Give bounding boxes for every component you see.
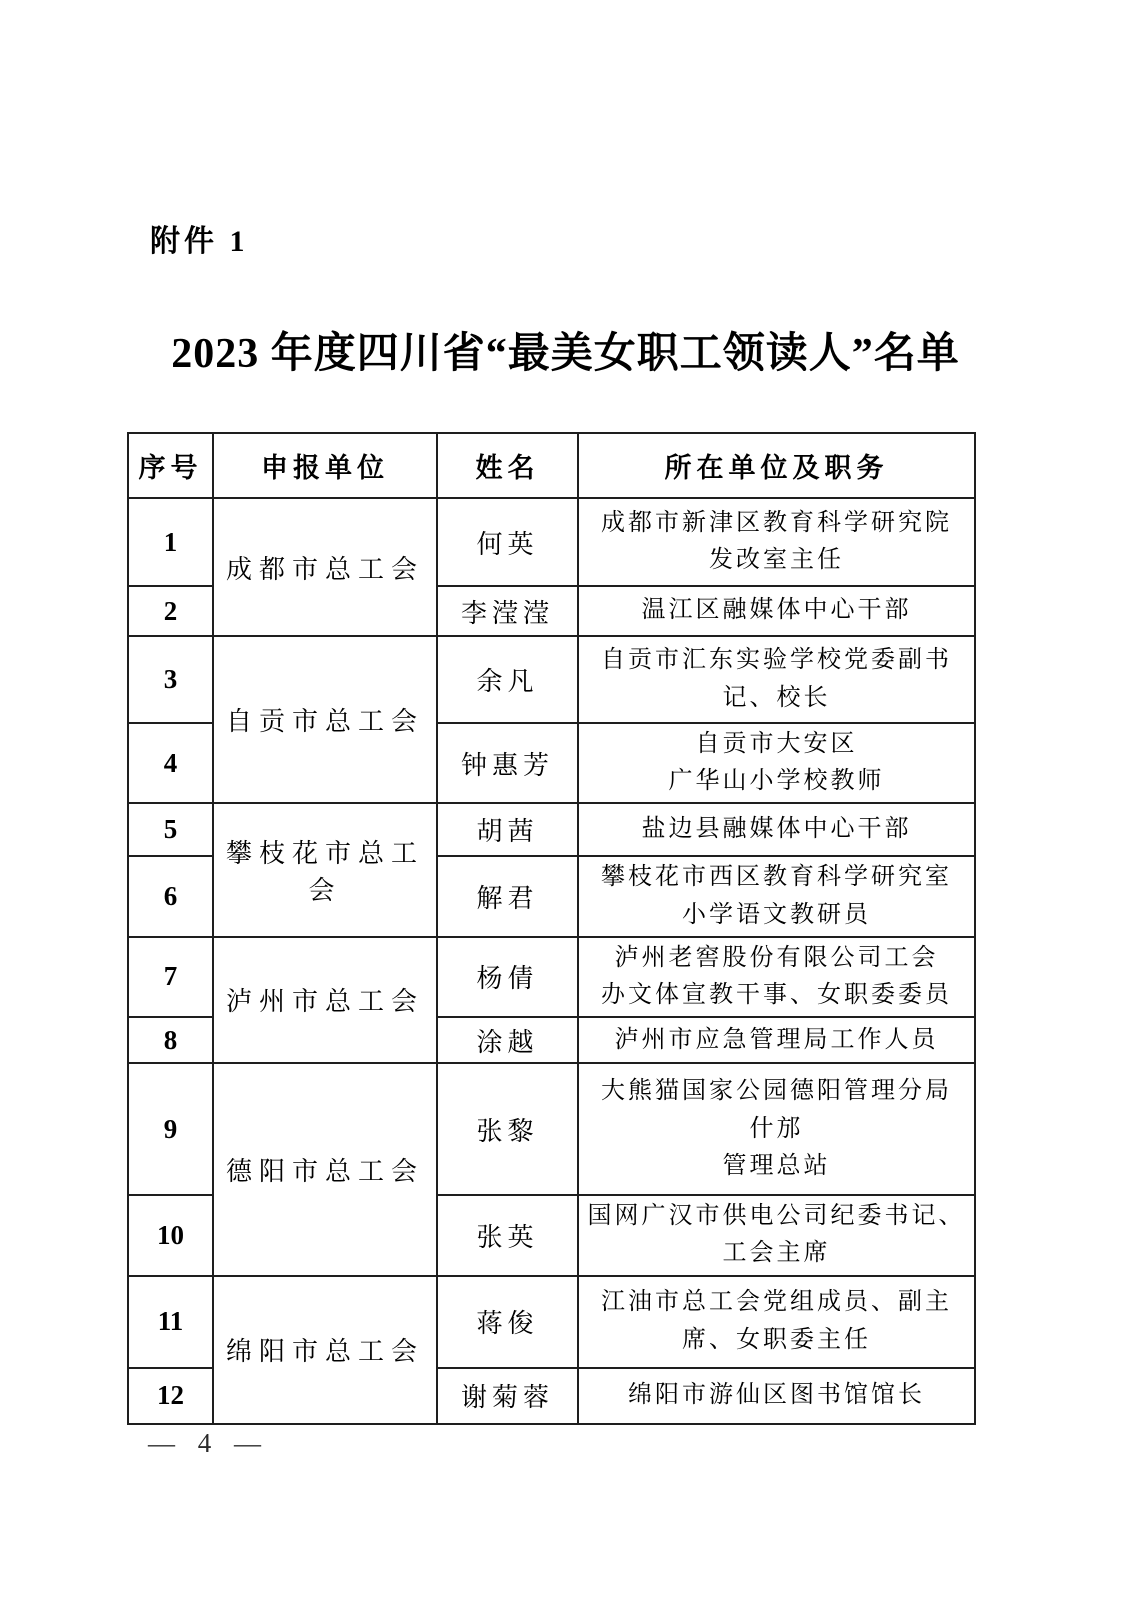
position-cell: 成都市新津区教育科学研究院 发改室主任 [578,498,975,586]
person-name-cell: 杨倩 [437,937,578,1017]
position-cell: 绵阳市游仙区图书馆馆长 [578,1368,975,1424]
table-row: 1 成都市总工会 何英 成都市新津区教育科学研究院 发改室主任 [128,498,975,586]
position-cell: 泸州市应急管理局工作人员 [578,1017,975,1063]
declaring-unit-cell: 攀枝花市总工会 [213,803,437,936]
position-cell: 泸州老窖股份有限公司工会 办文体宣教干事、女职委委员 [578,937,975,1017]
declaring-unit-cell: 泸州市总工会 [213,937,437,1063]
person-name-cell: 张黎 [437,1063,578,1195]
table-row: 7 泸州市总工会 杨倩 泸州老窖股份有限公司工会 办文体宣教干事、女职委委员 [128,937,975,1017]
person-name-cell: 涂越 [437,1017,578,1063]
person-name-cell: 胡茜 [437,803,578,856]
position-cell: 温江区融媒体中心干部 [578,586,975,636]
col-header-unit: 申报单位 [213,433,437,498]
row-number: 2 [128,586,213,636]
row-number: 4 [128,723,213,803]
row-number: 5 [128,803,213,856]
row-number: 9 [128,1063,213,1195]
attachment-label: 附件 1 [150,216,249,260]
person-name-cell: 张英 [437,1195,578,1275]
table-row: 9 德阳市总工会 张黎 大熊猫国家公园德阳管理分局 什邡 管理总站 [128,1063,975,1195]
position-cell: 国网广汉市供电公司纪委书记、 工会主席 [578,1195,975,1275]
awardees-table: 序号 申报单位 姓名 所在单位及职务 1 成都市总工会 何英 成都市新津区教育科… [127,432,976,1425]
person-name-cell: 何英 [437,498,578,586]
position-cell: 自贡市大安区 广华山小学校教师 [578,723,975,803]
row-number: 1 [128,498,213,586]
person-name-cell: 钟惠芳 [437,723,578,803]
position-cell: 自贡市汇东实验学校党委副书 记、校长 [578,636,975,723]
row-number: 7 [128,937,213,1017]
position-cell: 盐边县融媒体中心干部 [578,803,975,856]
position-cell: 大熊猫国家公园德阳管理分局 什邡 管理总站 [578,1063,975,1195]
position-cell: 江油市总工会党组成员、副主 席、女职委主任 [578,1276,975,1368]
table-row: 11 绵阳市总工会 蒋俊 江油市总工会党组成员、副主 席、女职委主任 [128,1276,975,1368]
row-number: 11 [128,1276,213,1368]
person-name-cell: 蒋俊 [437,1276,578,1368]
col-header-name: 姓名 [437,433,578,498]
page-number: — 4 — [148,1428,269,1459]
position-cell: 攀枝花市西区教育科学研究室 小学语文教研员 [578,856,975,936]
declaring-unit-cell: 成都市总工会 [213,498,437,636]
row-number: 12 [128,1368,213,1424]
page-title: 2023 年度四川省“最美女职工领读人”名单 [0,320,1131,380]
declaring-unit-cell: 德阳市总工会 [213,1063,437,1275]
table-row: 3 自贡市总工会 余凡 自贡市汇东实验学校党委副书 记、校长 [128,636,975,723]
person-name-cell: 李滢滢 [437,586,578,636]
col-header-position: 所在单位及职务 [578,433,975,498]
person-name-cell: 解君 [437,856,578,936]
row-number: 6 [128,856,213,936]
declaring-unit-cell: 绵阳市总工会 [213,1276,437,1424]
declaring-unit-cell: 自贡市总工会 [213,636,437,803]
person-name-cell: 余凡 [437,636,578,723]
row-number: 10 [128,1195,213,1275]
person-name-cell: 谢菊蓉 [437,1368,578,1424]
row-number: 8 [128,1017,213,1063]
table-header-row: 序号 申报单位 姓名 所在单位及职务 [128,433,975,498]
col-header-no: 序号 [128,433,213,498]
row-number: 3 [128,636,213,723]
table-row: 5 攀枝花市总工会 胡茜 盐边县融媒体中心干部 [128,803,975,856]
document-page: 附件 1 2023 年度四川省“最美女职工领读人”名单 序号 申报单位 姓名 所… [0,0,1131,1600]
